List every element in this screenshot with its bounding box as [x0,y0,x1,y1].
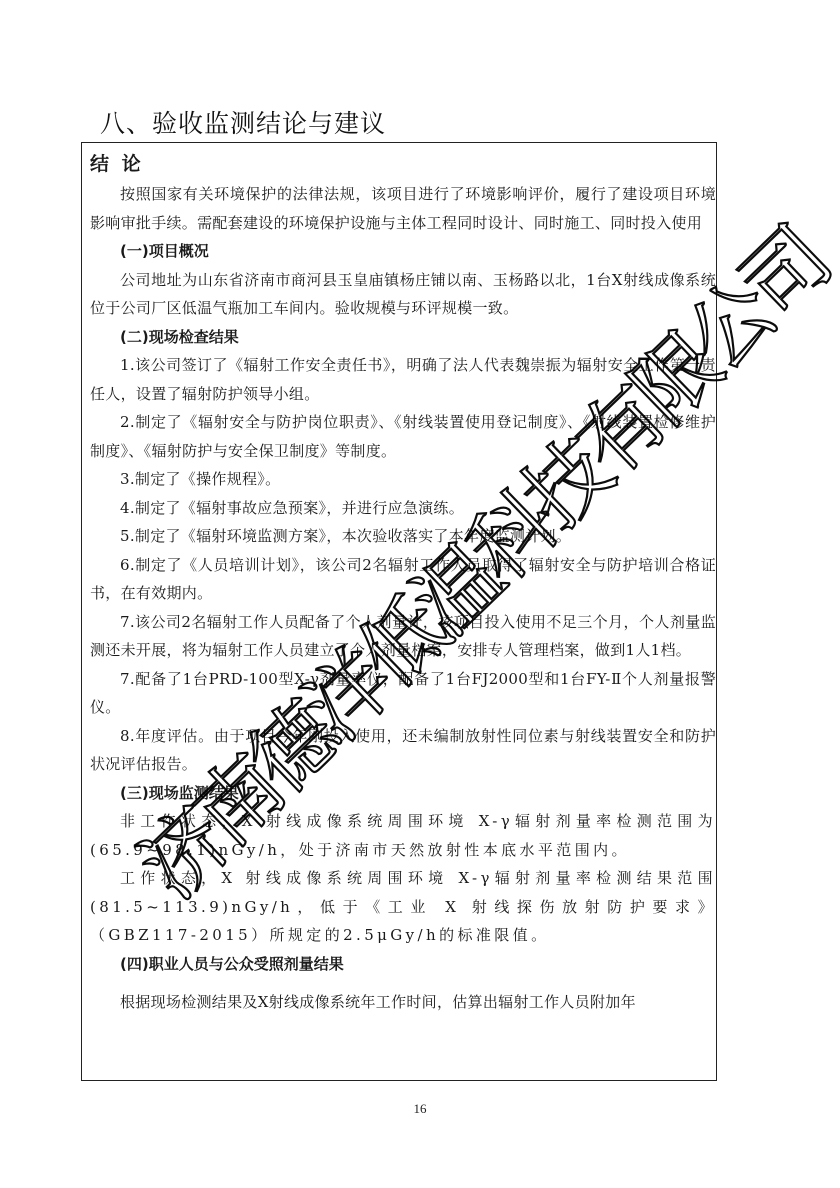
conclusion-content: 结 论 按照国家有关环境保护的法律法规，该项目进行了环境影响评价，履行了建设项目… [90,148,716,1017]
inspection-item-5: 5.制定了《辐射环境监测方案》，本次验收落实了本年度监测计划。 [90,522,716,551]
inspection-item-4: 4.制定了《辐射事故应急预案》，并进行应急演练。 [90,494,716,523]
subsection-title-monitoring-results: (三)现场监测结果 [90,779,716,808]
conclusion-heading: 结 论 [90,148,716,180]
dose-results-paragraph: 根据现场检测结果及X射线成像系统年工作时间，估算出辐射工作人员附加年 [90,988,716,1017]
section-title: 八、验收监测结论与建议 [100,104,386,140]
subsection-title-dose-results: (四)职业人员与公众受照剂量结果 [90,950,716,979]
monitoring-nonworking-paragraph: 非工作状态，X 射线成像系统周围环境 X-γ辐射剂量率检测范围为(65.9~98… [90,807,716,864]
intro-paragraph: 按照国家有关环境保护的法律法规，该项目进行了环境影响评价，履行了建设项目环境影响… [90,180,716,237]
monitoring-working-paragraph: 工作状态，X 射线成像系统周围环境 X-γ辐射剂量率检测结果范围(81.5~11… [90,864,716,950]
inspection-item-8: 8.年度评估。由于项目今年刚投入使用，还未编制放射性同位素与射线装置安全和防护状… [90,722,716,779]
inspection-item-2: 2.制定了《辐射安全与防护岗位职责》、《射线装置使用登记制度》、《射线装置检修维… [90,408,716,465]
subsection-title-overview: (一)项目概况 [90,237,716,266]
inspection-item-7a: 7.该公司2名辐射工作人员配备了个人剂量计，该项目投入使用不足三个月，个人剂量监… [90,608,716,665]
inspection-item-1: 1.该公司签订了《辐射工作安全责任书》，明确了法人代表魏崇振为辐射安全工作第一责… [90,351,716,408]
inspection-item-7b: 7.配备了1台PRD-100型X-γ剂量率仪，配备了1台FJ2000型和1台FY… [90,665,716,722]
overview-paragraph: 公司地址为山东省济南市商河县玉皇庙镇杨庄铺以南、玉杨路以北，1台X射线成像系统位… [90,266,716,323]
subsection-title-onsite-inspection: (二)现场检查结果 [90,323,716,352]
inspection-item-6: 6.制定了《人员培训计划》，该公司2名辐射工作人员取得了辐射安全与防护培训合格证… [90,551,716,608]
page-number: 16 [0,1101,840,1117]
inspection-item-3: 3.制定了《操作规程》。 [90,465,716,494]
